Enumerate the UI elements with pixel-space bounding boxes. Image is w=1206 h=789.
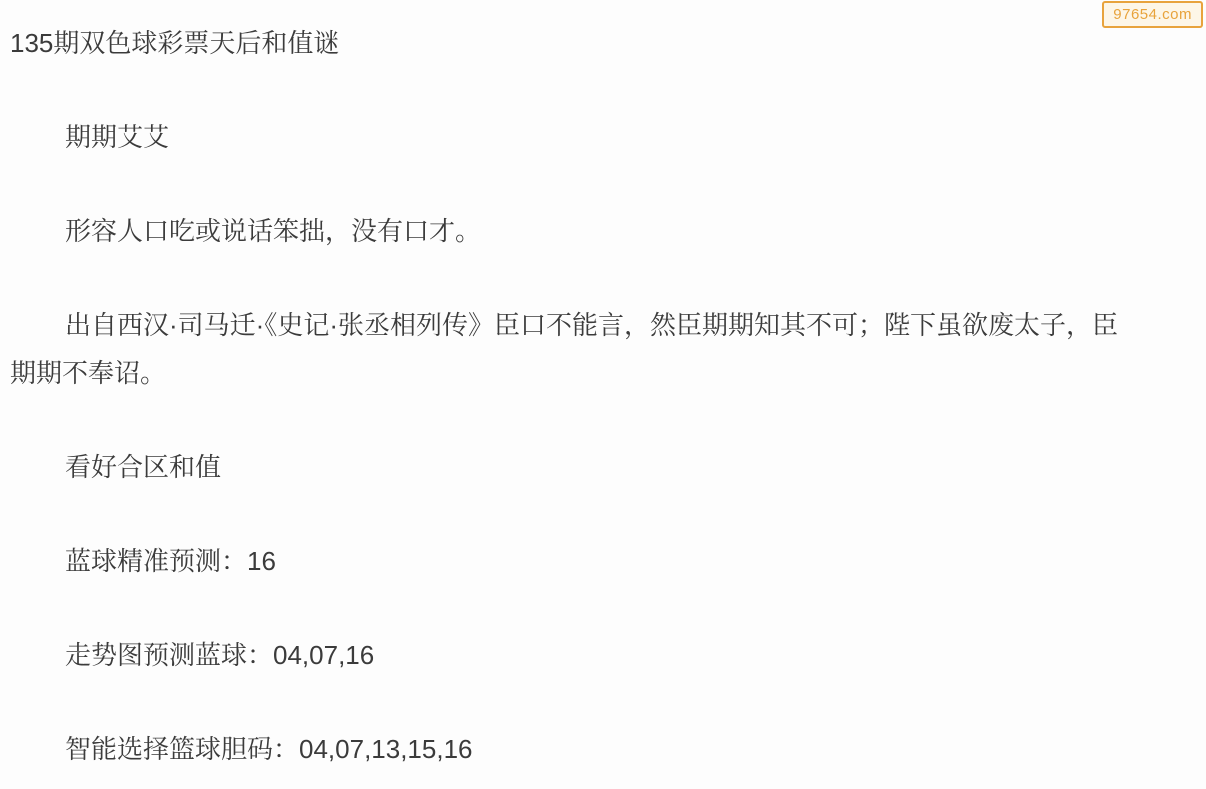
site-watermark: 97654.com bbox=[1102, 1, 1203, 28]
trend-chart-blue-balls-text: 走势图预测蓝球：04,07,16 bbox=[10, 631, 1166, 679]
article-content: 135期双色球彩票天后和值谜 期期艾艾 形容人口吃或说话笨拙，没有口才。 出自西… bbox=[0, 0, 1206, 773]
idiom-source-line-2: 期期不奉诏。 bbox=[10, 349, 1166, 397]
idiom-meaning-paragraph: 形容人口吃或说话笨拙，没有口才。 bbox=[10, 207, 1166, 255]
site-watermark-text: 97654.com bbox=[1113, 6, 1192, 23]
idiom-source-paragraph: 出自西汉·司马迁·《史记·张丞相列传》臣口不能言，然臣期期知其不可；陛下虽欲废太… bbox=[10, 301, 1166, 397]
blue-ball-prediction-text: 蓝球精准预测：16 bbox=[10, 537, 1166, 585]
article-title: 135期双色球彩票天后和值谜 bbox=[10, 19, 1166, 67]
idiom-name-paragraph: 期期艾艾 bbox=[10, 113, 1166, 161]
idiom-source-line-1: 出自西汉·司马迁·《史记·张丞相列传》臣口不能言，然臣期期知其不可；陛下虽欲废太… bbox=[10, 301, 1166, 349]
trend-chart-blue-balls-paragraph: 走势图预测蓝球：04,07,16 bbox=[10, 631, 1166, 679]
smart-basketball-picks-text: 智能选择篮球胆码：04,07,13,15,16 bbox=[10, 725, 1166, 773]
article-title-text: 135期双色球彩票天后和值谜 bbox=[10, 28, 339, 58]
article-page: 135期双色球彩票天后和值谜 期期艾艾 形容人口吃或说话笨拙，没有口才。 出自西… bbox=[0, 0, 1206, 789]
sum-value-outlook-paragraph: 看好合区和值 bbox=[10, 443, 1166, 491]
blue-ball-prediction-paragraph: 蓝球精准预测：16 bbox=[10, 537, 1166, 585]
idiom-name-text: 期期艾艾 bbox=[10, 113, 1166, 161]
smart-basketball-picks-paragraph: 智能选择篮球胆码：04,07,13,15,16 bbox=[10, 725, 1166, 773]
sum-value-outlook-text: 看好合区和值 bbox=[10, 443, 1166, 491]
idiom-meaning-text: 形容人口吃或说话笨拙，没有口才。 bbox=[10, 207, 1166, 255]
